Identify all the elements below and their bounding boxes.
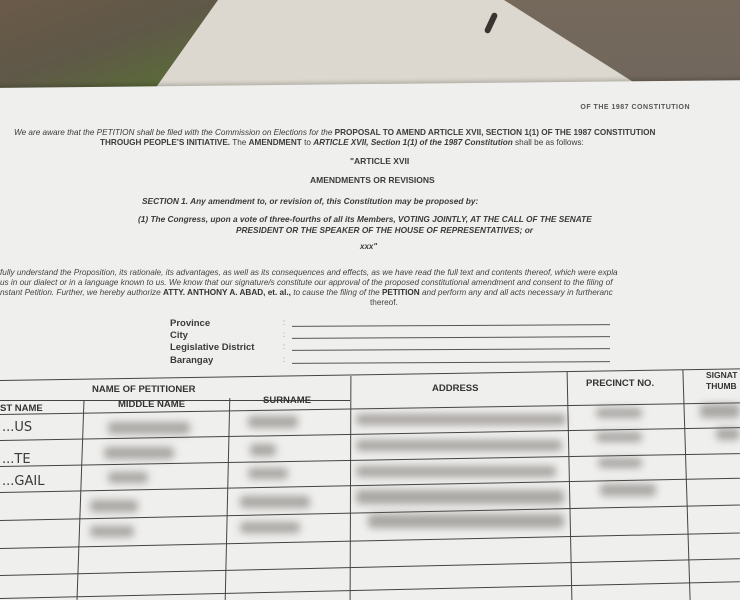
redacted-surname <box>240 496 310 508</box>
redacted-surname <box>240 522 300 533</box>
redacted-surname <box>248 468 288 479</box>
first-name-cell: ...US <box>2 420 32 435</box>
redacted-address <box>356 466 556 477</box>
colon: : <box>283 355 285 364</box>
redacted-middle-name <box>108 422 190 434</box>
colon: : <box>283 318 285 327</box>
address-header: ADDRESS <box>432 383 478 394</box>
consent-line-2: us in our dialect or in a language known… <box>0 278 612 287</box>
middle-name-header: MIDDLE NAME <box>118 399 185 410</box>
first-name-header: ST NAME <box>0 403 43 414</box>
section-text: SECTION 1. Any amendment to, or revision… <box>142 196 478 206</box>
header-stamp: OF THE 1987 CONSTITUTION <box>580 104 690 111</box>
name-of-petitioner-header: NAME OF PETITIONER <box>92 384 195 395</box>
consent-line-1: fully understand the Proposition, its ra… <box>0 268 618 277</box>
thumbmark-header: THUMB <box>706 381 737 391</box>
province-label: Province <box>170 318 210 329</box>
redacted-middle-name <box>108 472 148 483</box>
ellipsis-mark: xxx" <box>360 242 377 251</box>
redacted-middle-name <box>104 447 174 459</box>
redacted-address <box>368 514 564 528</box>
clause-line-1: (1) The Congress, upon a vote of three-f… <box>138 214 592 224</box>
first-name-cell: ...GAIL <box>2 474 44 489</box>
consent-line-3: nstant Petition. Further, we hereby auth… <box>0 288 613 297</box>
first-name-cell: ...TE <box>2 452 31 467</box>
redacted-precinct <box>596 432 642 442</box>
signature-header: SIGNAT <box>706 370 737 380</box>
redacted-address <box>356 490 564 504</box>
intro-line-2: THROUGH PEOPLE'S INITIATIVE. The AMENDME… <box>100 138 584 147</box>
redacted-signature <box>716 428 740 440</box>
colon: : <box>283 342 285 351</box>
precinct-header: PRECINCT NO. <box>586 378 654 389</box>
redacted-precinct <box>600 484 656 496</box>
legislative-district-label: Legislative District <box>170 342 254 353</box>
colon: : <box>283 330 285 339</box>
redacted-middle-name <box>90 526 134 537</box>
redacted-precinct <box>598 458 642 468</box>
clause-line-2: PRESIDENT OR THE SPEAKER OF THE HOUSE OF… <box>236 225 533 235</box>
intro-line-1: We are aware that the PETITION shall be … <box>14 128 655 137</box>
redacted-signature <box>700 404 740 418</box>
redacted-address <box>356 440 562 451</box>
redacted-surname <box>250 444 276 456</box>
city-label: City <box>170 330 188 341</box>
surname-header: SURNAME <box>263 395 311 406</box>
article-title: "ARTICLE XVII <box>350 156 409 166</box>
article-subtitle: AMENDMENTS OR REVISIONS <box>310 175 435 185</box>
redacted-precinct <box>596 408 642 418</box>
redacted-address <box>356 414 566 425</box>
consent-line-4: thereof. <box>370 298 398 307</box>
barangay-label: Barangay <box>170 355 213 366</box>
redacted-surname <box>248 416 298 428</box>
redacted-middle-name <box>90 500 138 512</box>
